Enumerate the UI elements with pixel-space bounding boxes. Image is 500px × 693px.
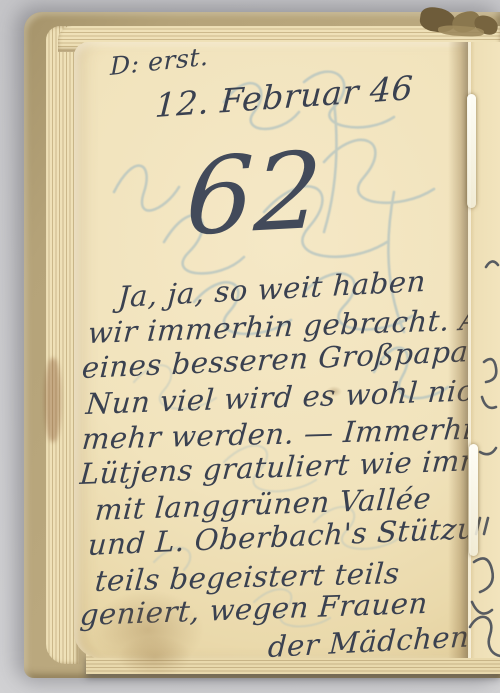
tape-repair-glint — [467, 94, 476, 208]
edge-stain — [45, 358, 61, 442]
tape-repair-glint — [469, 444, 478, 556]
diary-photo: D: erst. 12. Februar 46 62 Ja, ja, so we… — [0, 0, 500, 693]
page-stain — [118, 636, 192, 678]
entry-number: 62 — [184, 129, 325, 259]
page-stain — [326, 386, 342, 397]
